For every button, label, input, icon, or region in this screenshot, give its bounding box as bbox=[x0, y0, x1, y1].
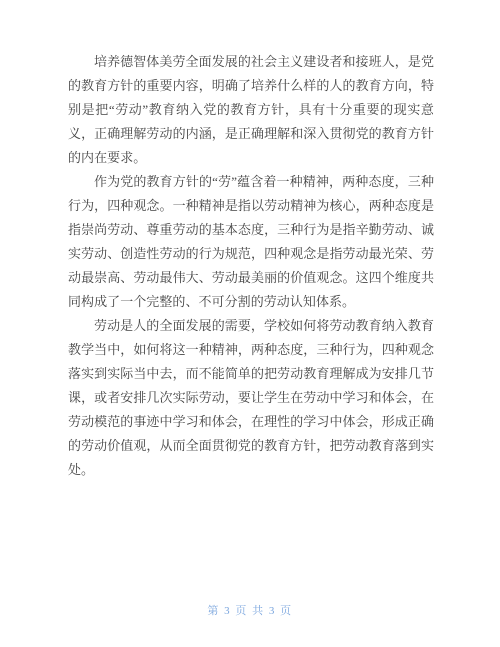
paragraph-2: 作为党的教育方针的“劳”蕴含着一种精神，两种态度，三种行为，四种观念。一种精神是… bbox=[68, 170, 434, 314]
document-page: 培养德智体美劳全面发展的社会主义建设者和接班人，是党的教育方针的重要内容，明确了… bbox=[0, 0, 500, 647]
paragraph-1: 培养德智体美劳全面发展的社会主义建设者和接班人，是党的教育方针的重要内容，明确了… bbox=[68, 50, 434, 170]
document-body: 培养德智体美劳全面发展的社会主义建设者和接班人，是党的教育方针的重要内容，明确了… bbox=[68, 50, 434, 482]
page-number-indicator: 第 3 页 共 3 页 bbox=[207, 605, 292, 617]
page-footer: 第 3 页 共 3 页 bbox=[0, 601, 500, 619]
paragraph-3: 劳动是人的全面发展的需要，学校如何将劳动教育纳入教育教学当中，如何将这一种精神，… bbox=[68, 314, 434, 482]
